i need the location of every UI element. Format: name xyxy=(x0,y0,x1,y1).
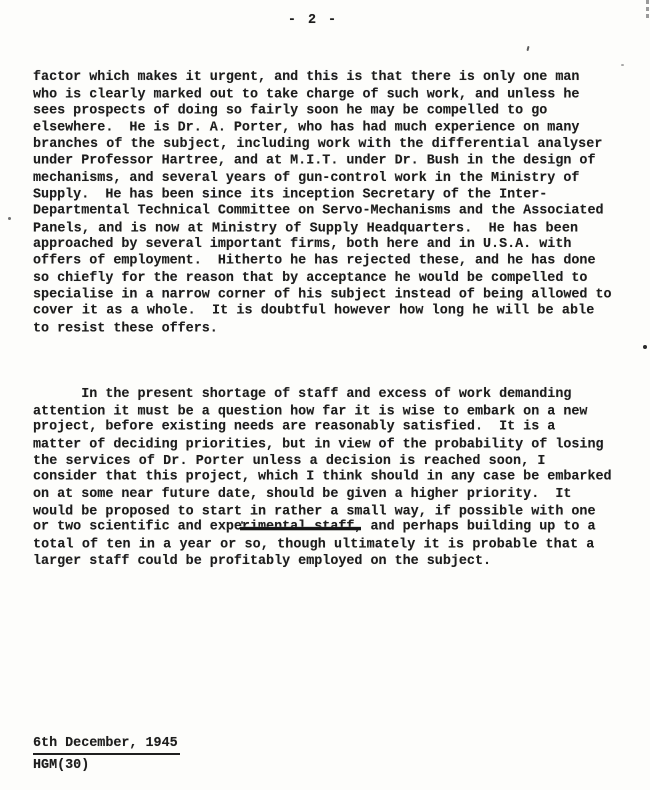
text-line: total of ten in a year or so, though ult… xyxy=(33,537,633,554)
text-line: the services of Dr. Porter unless a deci… xyxy=(33,454,633,471)
text-line: elsewhere. He is Dr. A. Porter, who has … xyxy=(33,121,633,138)
reference-code: HGM(30) xyxy=(33,757,180,774)
text-line: branches of the subject, including work … xyxy=(33,137,633,154)
text-line: would be proposed to start in rather a s… xyxy=(33,504,633,521)
text-line: to resist these offers. xyxy=(33,321,633,338)
document-page: - 2 - factor which makes it urgent, and … xyxy=(0,0,650,790)
paragraph-2: In the present shortage of staff and exc… xyxy=(33,387,633,571)
text-line: sees prospects of doing so fairly soon h… xyxy=(33,103,633,120)
text-line: Supply. He has been since its inception … xyxy=(33,188,633,205)
paragraph-1: factor which makes it urgent, and this i… xyxy=(33,70,633,337)
date-line: 6th December, 1945 xyxy=(33,735,180,755)
text-line: offers of employment. Hitherto he has re… xyxy=(33,254,633,271)
page-number: - 2 - xyxy=(0,13,638,28)
date-block: 6th December, 1945 HGM(30) xyxy=(33,735,180,774)
text-line: specialise in a narrow corner of his sub… xyxy=(33,288,633,305)
ink-speck xyxy=(643,345,647,349)
ink-speck xyxy=(241,521,243,524)
scan-edge-mark xyxy=(646,0,649,18)
text-line: consider that this project, which I thin… xyxy=(33,470,633,487)
text-line: approached by several important firms, b… xyxy=(33,237,633,254)
text-line: under Professor Hartree, and at M.I.T. u… xyxy=(33,154,633,171)
text-line: larger staff could be profitably employe… xyxy=(33,554,633,571)
text-line: matter of deciding priorities, but in vi… xyxy=(33,437,633,454)
ink-speck xyxy=(8,217,11,220)
text-line: project, before existing needs are reaso… xyxy=(33,420,633,437)
ink-speck xyxy=(621,64,624,66)
text-line: cover it as a whole. It is doubtful howe… xyxy=(33,304,633,321)
text-line: Departmental Technical Committee on Serv… xyxy=(33,204,633,221)
text-line: on at some near future date, should be g… xyxy=(33,487,633,504)
text-line: who is clearly marked out to take charge… xyxy=(33,87,633,104)
text-line: Panels, and is now at Ministry of Supply… xyxy=(33,221,633,238)
text-line: mechanisms, and several years of gun-con… xyxy=(33,171,633,188)
text-line: so chiefly for the reason that by accept… xyxy=(33,271,633,288)
text-line: attention it must be a question how far … xyxy=(33,404,633,421)
text-line: In the present shortage of staff and exc… xyxy=(33,387,633,404)
text-line: factor which makes it urgent, and this i… xyxy=(33,70,633,87)
signature-rule xyxy=(240,527,361,530)
document-body: factor which makes it urgent, and this i… xyxy=(33,37,633,604)
